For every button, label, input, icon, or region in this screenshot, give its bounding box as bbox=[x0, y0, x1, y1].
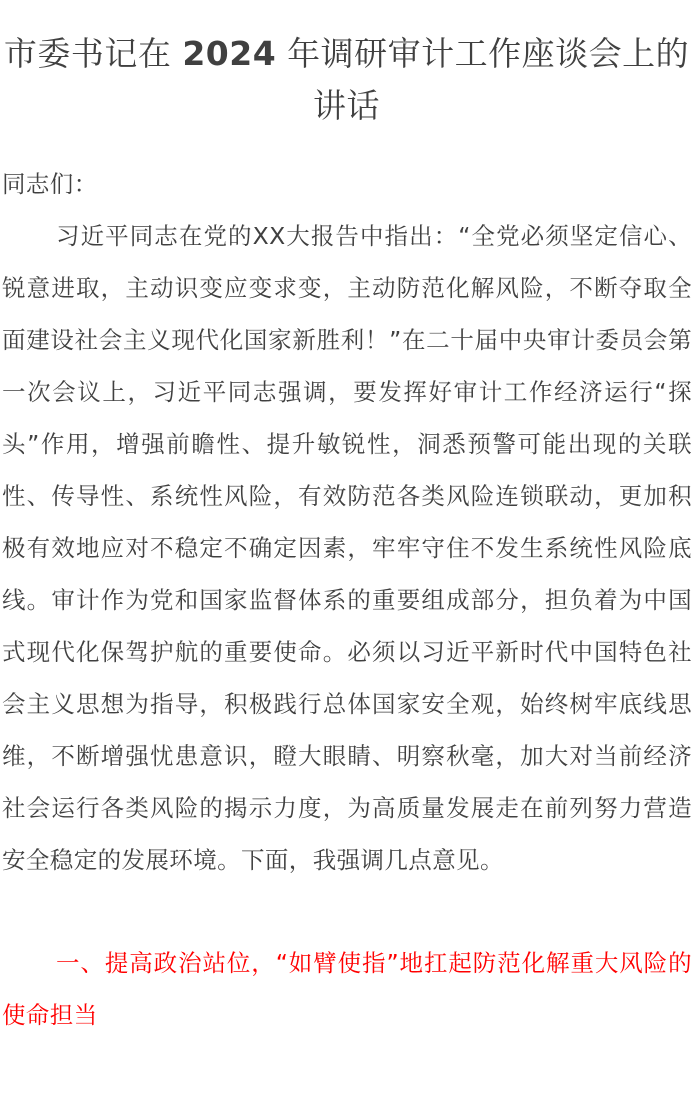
document-title: 市委书记在 2024 年调研审计工作座谈会上的讲话 bbox=[0, 28, 693, 132]
body-paragraph-1: 习近平同志在党的XX大报告中指出：“全党必须坚定信心、锐意进取，主动识变应变求变… bbox=[2, 210, 692, 886]
greeting: 同志们： bbox=[2, 158, 692, 210]
title-part-1: 市委书记在 bbox=[4, 34, 172, 73]
section-heading-1: 一、提高政治站位，“如臂使指”地扛起防范化解重大风险的使命担当 bbox=[2, 937, 692, 1041]
title-part-2: 年调研审计工作座谈会上的讲话 bbox=[287, 34, 689, 125]
title-year: 2024 bbox=[182, 34, 276, 73]
